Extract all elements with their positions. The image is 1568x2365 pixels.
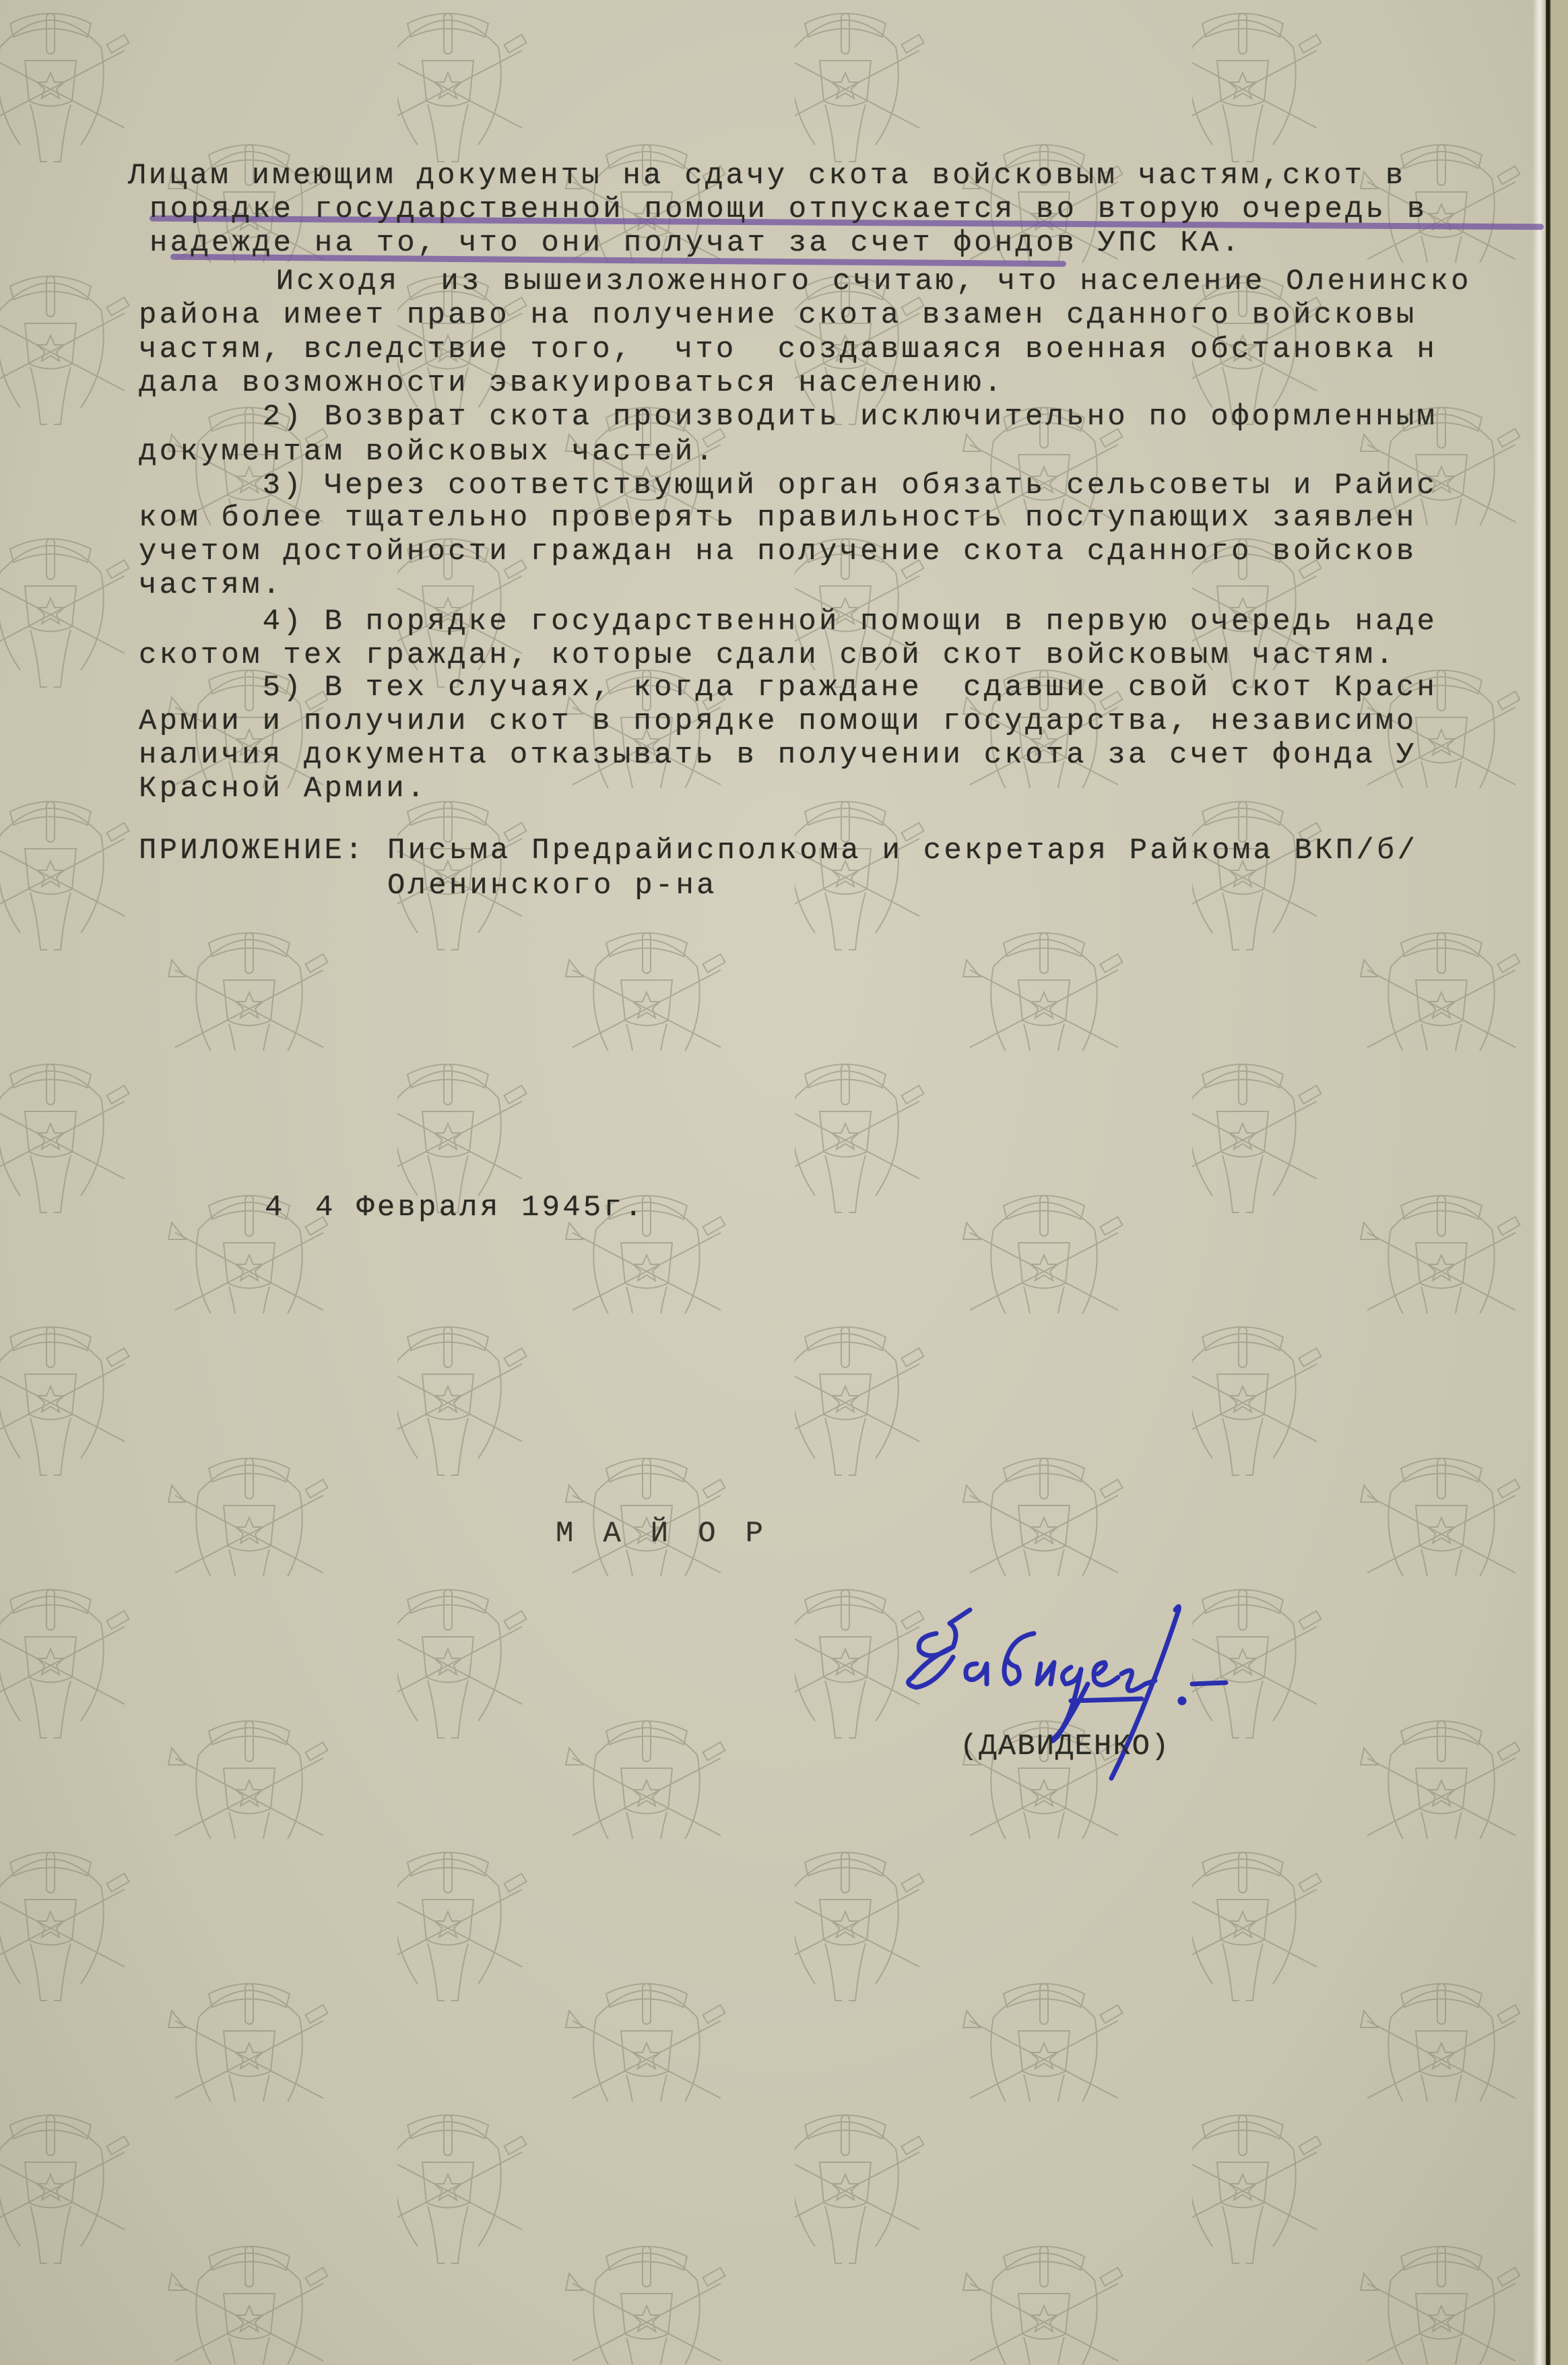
text-line: учетом достойности граждан на получение … [139,536,1416,567]
appendix-line-1: Письма Предрайисполкома и секретаря Райк… [387,835,1418,866]
text-line: 3) Через соответствующий орган обязать с… [139,470,1437,501]
text-line: 2) Возврат скота производить исключитель… [139,401,1437,432]
text-line: наличия документа отказывать в получении… [139,740,1416,771]
text-line: района имеет право на получение скота вз… [139,300,1416,331]
typed-signatory-name: (ДАВИДЕНКО) [960,1731,1170,1762]
text-line: Лицам имеющим документы на сдачу скота в… [128,160,1406,191]
text-line: дала возможности эвакуироваться населени… [139,368,1004,399]
document-page: Лицам имеющим документы на сдачу скота в… [0,0,1568,2365]
text-line: Армии и получили скот в порядке помощи г… [139,706,1416,737]
text-line: документам войсковых частей. [139,436,716,467]
text-line: частям. [139,570,283,601]
document-date: 4 Февраля 1945г. [315,1192,645,1223]
text-line: скотом тех граждан, которые сдали свой с… [139,640,1396,671]
appendix-label: ПРИЛОЖЕНИЕ: [139,835,366,866]
text-line: 4) В порядке государственной помощи в пе… [139,606,1437,637]
text-line: Красной Армии. [139,773,427,804]
text-line: ком более тщательно проверять правильнос… [139,503,1416,533]
handwritten-signature [889,1583,1307,1799]
page-edge-shadow [1546,0,1550,2365]
text-line: порядке государственной помощи отпускает… [150,194,1427,225]
adjacent-page-edge [1550,0,1568,2365]
text-line: Исходя из вышеизложенного считаю, что на… [152,266,1472,297]
text-line: частям, вследствие того, что создавшаяся… [139,334,1437,365]
text-line: надежде на то, что они получат за счет ф… [150,228,1242,259]
text-line: 5) В тех случаях, когда граждане сдавшие… [139,672,1437,703]
appendix-line-2: Оленинского р-на [387,870,717,901]
margin-number: 4 [265,1192,286,1223]
rank-title: МАЙОР [556,1518,793,1549]
page-edge-glare [1532,0,1544,2365]
